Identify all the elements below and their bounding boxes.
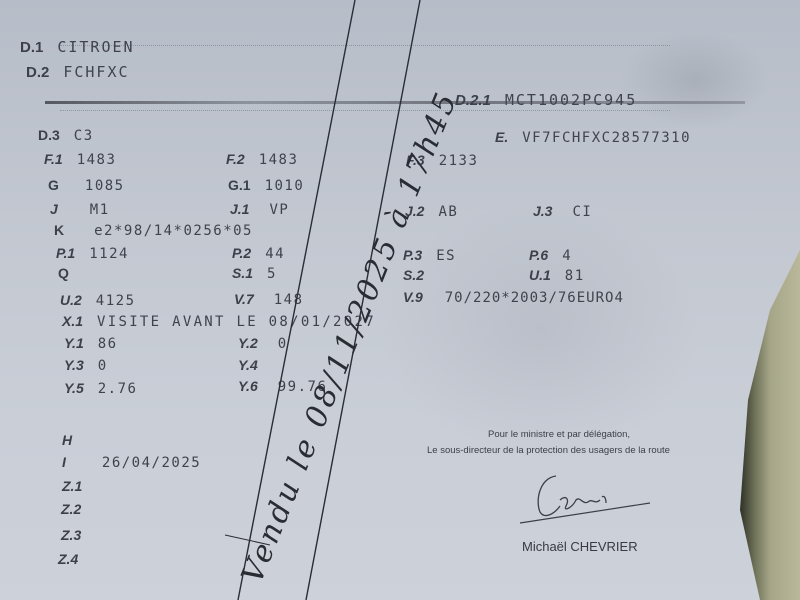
registration-document: D.1CITROEN D.2FCHFXC D.2.1MCT1002PC945 D… (0, 0, 800, 600)
handwritten-band-lines (0, 0, 800, 600)
